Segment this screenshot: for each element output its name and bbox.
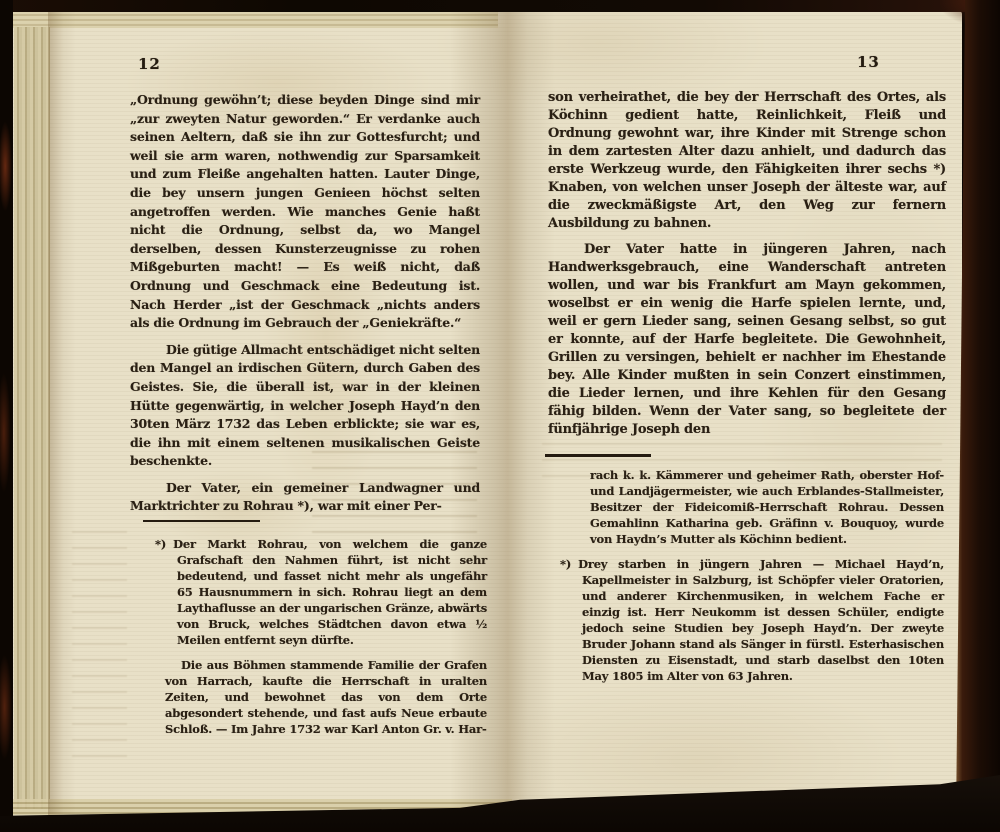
footnote: *)Drey starben in jüngern Jahren — Micha…	[560, 556, 944, 684]
paragraph: „Ordnung gewöhn’t; diese beyden Dinge si…	[130, 91, 480, 333]
page-number-right: 13	[857, 53, 880, 71]
paragraph: Der Vater, ein gemeiner Landwagner und M…	[130, 479, 480, 516]
paragraph: Der Vater hatte in jüngeren Jahren, nach…	[548, 241, 946, 439]
page-crease-shadow	[48, 11, 76, 817]
ink-showthrough	[72, 531, 127, 761]
footnotes-left: *)Der Markt Rohrau, von welchem die ganz…	[155, 536, 487, 737]
page-stack-edge-top	[12, 11, 498, 28]
binding-edge-left	[0, 0, 13, 832]
footnote-rule-left	[143, 520, 260, 522]
paragraph: Die gütige Allmacht entschädiget nicht s…	[130, 341, 480, 471]
page-number-left: 12	[138, 55, 161, 73]
footnote: *)Der Markt Rohrau, von welchem die ganz…	[155, 536, 487, 648]
body-text-left: „Ordnung gewöhn’t; diese beyden Dinge si…	[130, 91, 480, 516]
paragraph: son verheirathet, die bey der Herrschaft…	[548, 89, 946, 233]
footnotes-right: rach k. k. Kämmerer und geheimer Rath, o…	[560, 467, 944, 684]
footnote-marker: *)	[155, 537, 173, 551]
footnote-continuation: rach k. k. Kämmerer und geheimer Rath, o…	[560, 467, 944, 547]
body-text-right: son verheirathet, die bey der Herrschaft…	[548, 89, 946, 439]
open-book-pages: 12 „Ordnung gewöhn’t; diese beyden Dinge…	[12, 11, 962, 817]
footnote-rule-right	[545, 454, 651, 457]
book-frame: 12 „Ordnung gewöhn’t; diese beyden Dinge…	[0, 0, 1000, 832]
binding-edge-top	[0, 0, 1000, 12]
page-stack-edge-left	[14, 27, 50, 809]
footnote-marker: *)	[560, 557, 578, 571]
footnote: Die aus Böhmen stammende Familie der Gra…	[155, 657, 487, 737]
footnote-text: Der Markt Rohrau, von welchem die ganze …	[173, 537, 487, 647]
footnote-text: Drey starben in jüngern Jahren — Michael…	[578, 557, 944, 683]
